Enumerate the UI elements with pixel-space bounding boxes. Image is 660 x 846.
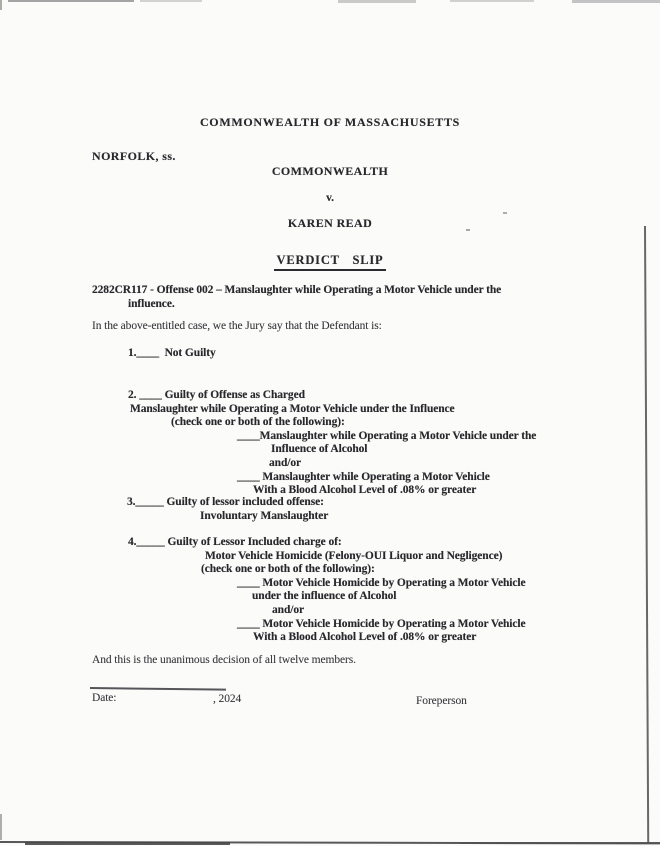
verdict-line: Involuntary Manslaughter [127,510,328,524]
verdict-line: 2. ____ Guilty of Offense as Charged [128,389,536,403]
scan-artifact-bottom-edge [460,842,660,844]
court-title: COMMONWEALTH OF MASSACHUSETTS [0,115,660,130]
scan-artifact-top-edge [8,0,134,2]
scan-artifact-top-edge [338,0,416,3]
verdict-line: under the influence of Alcohol [128,590,525,604]
scan-speck [503,212,507,214]
verdict-line: and/or [128,604,525,618]
verdict-line: 4._____ Guilty of Lessor Included charge… [128,536,525,550]
verdict-option-lesser-included-offense: 3._____ Guilty of lessor included offens… [127,496,328,523]
verdict-line: Motor Vehicle Homicide (Felony-OUI Liquo… [128,550,525,564]
case-heading: 2282CR117 - Offense 002 – Manslaughter w… [92,284,501,311]
verdict-option-lesser-included-charge: 4._____ Guilty of Lessor Included charge… [128,536,525,645]
verdict-line: (check one or both of the following): [128,563,525,577]
date-label: Date: [92,692,116,704]
verdict-line: 3._____ Guilty of lessor included offens… [127,496,328,510]
verdict-option-guilty-as-charged: 2. ____ Guilty of Offense as Charged Man… [128,389,536,498]
year-text: , 2024 [213,693,241,705]
case-heading-line: 2282CR117 - Offense 002 – Manslaughter w… [92,284,501,298]
verdict-line: Influence of Alcohol [128,443,536,457]
verdict-checkbox-line: ____ Motor Vehicle Homicide by Operating… [128,577,525,591]
verdict-line: Manslaughter while Operating a Motor Veh… [128,403,536,417]
verdict-option-not-guilty: 1.____ Not Guilty [128,347,216,359]
scan-artifact-left-edge-bottom [0,814,2,840]
unanimous-decision-text: And this is the unanimous decision of al… [92,654,356,666]
verdict-line: (check one or both of the following): [128,416,536,430]
scan-artifact-top-edge [140,0,202,2]
foreperson-label: Foreperson [416,695,467,707]
plaintiff-name: COMMONWEALTH [0,164,660,179]
county-label: NORFOLK, ss. [92,149,176,164]
scan-artifact-top-edge [450,0,534,2]
defendant-name: KAREN READ [0,216,660,231]
versus-label: v. [0,192,660,204]
scan-artifact-left-edge-top [0,0,2,10]
document-title-text: VERDICT SLIP [274,253,387,271]
verdict-checkbox-line: ____ Motor Vehicle Homicide by Operating… [128,618,525,632]
scan-artifact-right-edge [644,226,649,844]
verdict-checkbox-line: ____ Manslaughter while Operating a Moto… [128,471,536,485]
date-signature-line [90,687,226,690]
verdict-line: With a Blood Alcohol Level of .08% or gr… [128,631,525,645]
verdict-checkbox-line: ____Manslaughter while Operating a Motor… [128,430,536,444]
scan-artifact-bottom-edge [25,842,230,845]
jury-intro-text: In the above-entitled case, we the Jury … [92,320,382,332]
document-title: VERDICT SLIP [0,253,660,271]
case-heading-line: influence. [92,298,501,312]
verdict-slip-page: COMMONWEALTH OF MASSACHUSETTS NORFOLK, s… [0,0,660,846]
verdict-line: and/or [128,457,536,471]
scan-artifact-top-edge [572,0,660,3]
